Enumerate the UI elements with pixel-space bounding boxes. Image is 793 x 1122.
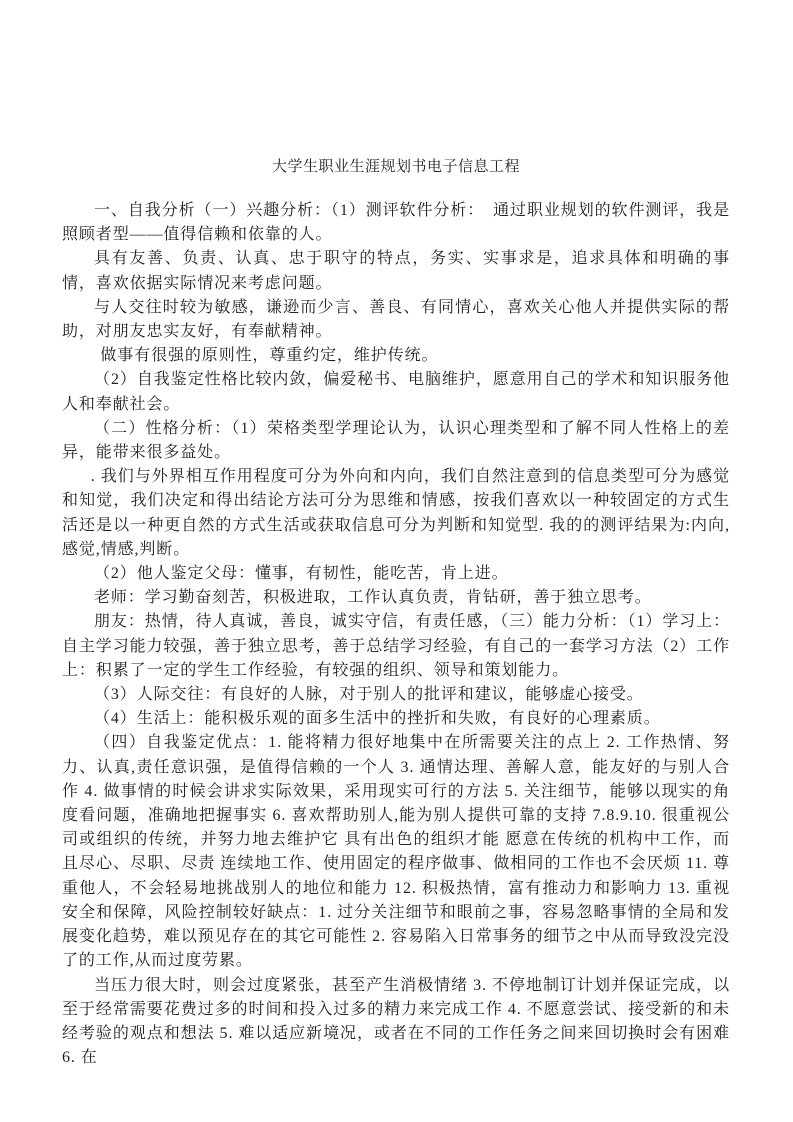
document-content: 大学生职业生涯规划书电子信息工程 一、自我分析（一）兴趣分析：（1）测评软件分析… [62, 155, 730, 1070]
paragraph: （4）生活上：能积极乐观的面多生活中的挫折和失败，有良好的心理素质。 [62, 707, 730, 731]
paragraph: 一、自我分析（一）兴趣分析：（1）测评软件分析： 通过职业规划的软件测评，我是照… [62, 199, 730, 247]
paragraph: （2）他人鉴定父母：懂事，有韧性，能吃苦，肯上进。 [62, 562, 730, 586]
paragraph: 当压力很大时，则会过度紧张，甚至产生消极情绪 3. 不停地制订计划并保证完成，以… [62, 974, 730, 1071]
paragraph: 朋友：热情，待人真诚，善良，诚实守信，有责任感，（三）能力分析：（1）学习上：自… [62, 610, 730, 683]
paragraph: （二）性格分析：（1）荣格类型学理论认为，认识心理类型和了解不同人性格上的差异，… [62, 417, 730, 465]
paragraph: 具有友善、负责、认真、忠于职守的特点，务实、实事求是，追求具体和明确的事情，喜欢… [62, 247, 730, 295]
document-body: 一、自我分析（一）兴趣分析：（1）测评软件分析： 通过职业规划的软件测评，我是照… [62, 199, 730, 1070]
document-page: 大学生职业生涯规划书电子信息工程 一、自我分析（一）兴趣分析：（1）测评软件分析… [0, 0, 793, 1122]
document-title: 大学生职业生涯规划书电子信息工程 [62, 155, 730, 180]
paragraph: . 我们与外界相互作用程度可分为外向和内向，我们自然注意到的信息类型可分为感觉和… [62, 465, 730, 562]
paragraph: （四）自我鉴定优点：1. 能将精力很好地集中在所需要关注的点上 2. 工作热情、… [62, 731, 730, 973]
paragraph: 做事有很强的原则性，尊重约定，维护传统。 [62, 344, 730, 368]
paragraph: （3）人际交往：有良好的人脉，对于别人的批评和建议，能够虚心接受。 [62, 683, 730, 707]
paragraph: 老师：学习勤奋刻苦，积极进取，工作认真负责，肯钻研，善于独立思考。 [62, 586, 730, 610]
paragraph: 与人交往时较为敏感，谦逊而少言、善良、有同情心，喜欢关心他人并提供实际的帮助，对… [62, 296, 730, 344]
paragraph: （2）自我鉴定性格比较内敛，偏爱秘书、电脑维护，愿意用自己的学术和知识服务他人和… [62, 368, 730, 416]
